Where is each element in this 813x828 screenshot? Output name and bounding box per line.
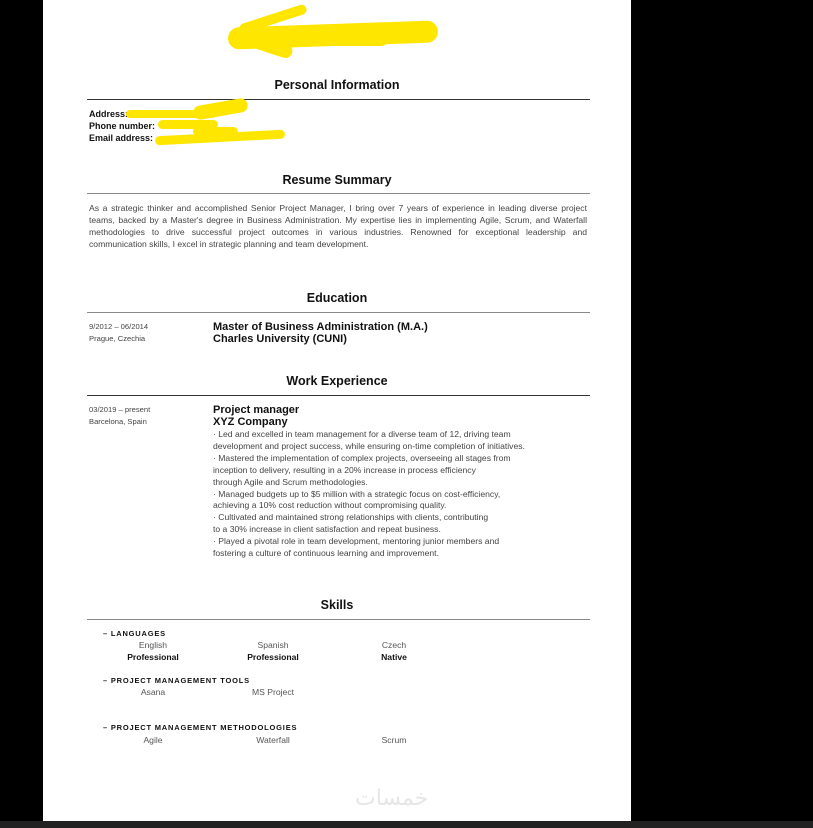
watermark-logo: خمسات [355,786,428,811]
work-line: to a 30% increase in client satisfaction… [213,524,593,536]
section-divider [87,395,590,396]
work-location: Barcelona, Spain [89,416,150,428]
section-divider [87,99,590,100]
skill-level-czech: Native [344,652,444,662]
work-line: through Agile and Scrum methodologies. [213,477,593,489]
skill-level-spanish: Professional [223,652,323,662]
section-divider [87,619,590,620]
education-institution: Charles University (CUNI) [213,333,428,345]
skill-language-english: English [103,640,203,650]
address-label: Address: [89,109,128,119]
section-divider [87,312,590,313]
education-dates: 9/2012 – 06/2014 [89,321,148,333]
work-line: fostering a culture of continuous learni… [213,548,593,560]
skill-category-pm-methodologies: – PROJECT MANAGEMENT METHODOLOGIES [103,723,297,732]
work-line: · Mastered the implementation of complex… [213,453,593,465]
phone-field: Phone number: [89,121,155,131]
name-header-redacted [43,0,631,70]
skill-language-spanish: Spanish [223,640,323,650]
work-line: · Led and excelled in team management fo… [213,429,593,441]
section-title-personal-information: Personal Information [43,78,631,92]
skill-language-czech: Czech [344,640,444,650]
work-line: inception to delivery, resulting in a 20… [213,465,593,477]
education-location: Prague, Czechia [89,333,148,345]
resume-summary-text: As a strategic thinker and accomplished … [89,202,587,250]
section-title-work-experience: Work Experience [43,374,631,388]
work-line: · Played a pivotal role in team developm… [213,536,593,548]
work-line: · Managed budgets up to $5 million with … [213,489,593,501]
work-line: development and project success, while e… [213,441,593,453]
work-entry-heading: Project manager XYZ Company [213,404,299,428]
education-degree: Master of Business Administration (M.A.) [213,321,428,333]
skill-method-waterfall: Waterfall [223,735,323,745]
resume-page: Personal Information Address: Phone numb… [43,0,631,821]
work-line: achieving a 10% cost reduction without c… [213,500,593,512]
work-line: · Cultivated and maintained strong relat… [213,512,593,524]
viewer-bottom-bar [0,821,813,828]
section-title-resume-summary: Resume Summary [43,173,631,187]
phone-label: Phone number: [89,121,155,131]
skill-level-english: Professional [103,652,203,662]
work-company: XYZ Company [213,416,299,428]
section-divider [87,193,590,194]
skill-category-pm-tools: – PROJECT MANAGEMENT TOOLS [103,676,250,685]
skill-tool-ms-project: MS Project [223,687,323,697]
skill-tool-asana: Asana [103,687,203,697]
address-field: Address: [89,109,128,119]
skill-method-agile: Agile [103,735,203,745]
work-responsibilities: · Led and excelled in team management fo… [213,429,593,560]
education-entry-heading: Master of Business Administration (M.A.)… [213,321,428,345]
work-entry-meta: 03/2019 – present Barcelona, Spain [89,404,150,428]
skill-category-languages: – LANGUAGES [103,629,166,638]
work-position: Project manager [213,404,299,416]
section-title-skills: Skills [43,598,631,612]
email-field: Email address: [89,133,153,143]
email-label: Email address: [89,133,153,143]
work-dates: 03/2019 – present [89,404,150,416]
skill-method-scrum: Scrum [344,735,444,745]
education-entry-meta: 9/2012 – 06/2014 Prague, Czechia [89,321,148,345]
section-title-education: Education [43,291,631,305]
